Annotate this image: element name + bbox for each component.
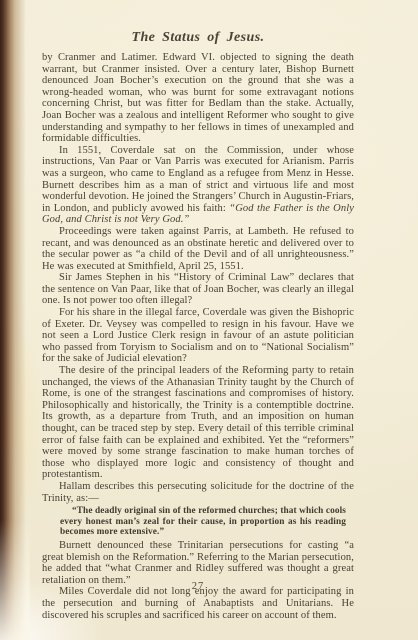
scanned-book-page: The Status of Jesus. by Cranmer and Lati…	[0, 0, 418, 640]
paragraph-bishopric-exeter: For his share in the illegal farce, Cove…	[42, 307, 354, 365]
paragraph-burnett-denounced: Burnett denounced these Trinitarian pers…	[42, 540, 354, 586]
paragraph-hallam-intro: Hallam describes this persecuting solici…	[42, 481, 354, 504]
paragraph-james-stephen: Sir James Stephen in his “History of Cri…	[42, 272, 354, 307]
paragraph-cranmer-latimer: by Cranmer and Latimer. Edward VI. objec…	[42, 52, 354, 145]
paragraph-coverdale-commission: In 1551, Coverdale sat on the Commission…	[42, 145, 354, 226]
page-corner-highlight	[0, 520, 30, 640]
page-body: by Cranmer and Latimer. Edward VI. objec…	[0, 50, 418, 621]
paragraph-reforming-party: The desire of the principal leaders of t…	[42, 365, 354, 481]
paragraph-parris-proceedings: Proceedings were taken against Parris, a…	[42, 226, 354, 272]
page-title: The Status of Jesus.	[0, 0, 418, 50]
page-number: 27	[42, 581, 354, 592]
hallam-quotation: “The deadly original sin of the reformed…	[60, 506, 346, 538]
